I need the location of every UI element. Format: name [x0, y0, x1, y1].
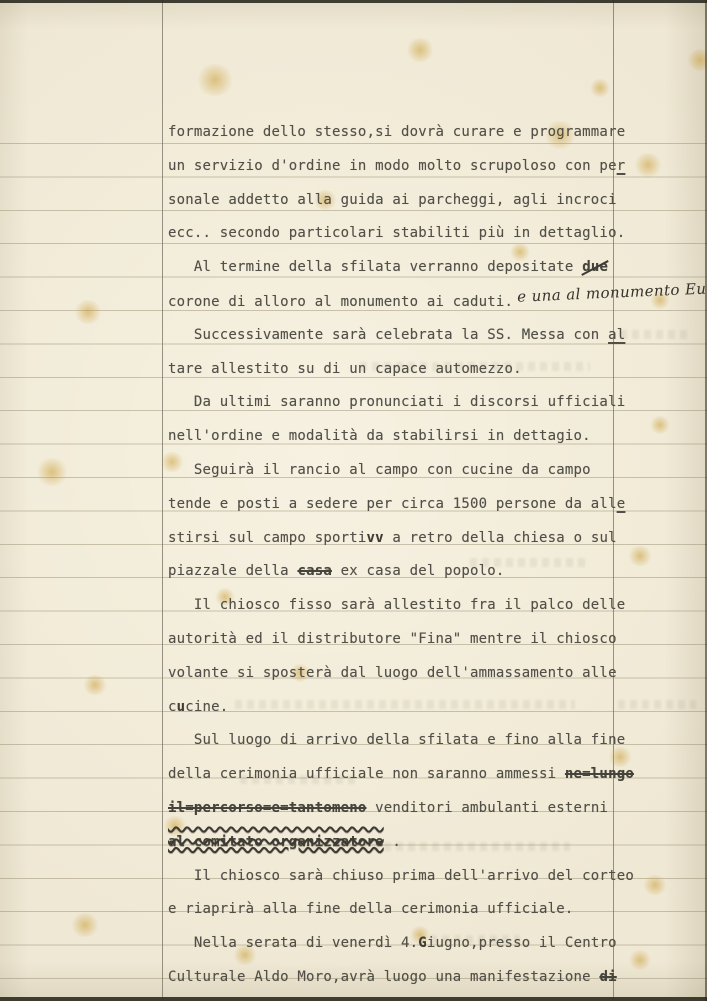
- text-segment: Successivamente sarà celebrata la SS. Me…: [168, 327, 608, 343]
- text-segment: r: [617, 158, 626, 174]
- text-segment: autorità ed il distributore "Fina" mentr…: [168, 631, 617, 647]
- text-segment: casa: [297, 563, 332, 579]
- text-segment: venditori ambulanti esterni: [366, 800, 608, 816]
- typed-line: autorità ed il distributore "Fina" mentr…: [168, 623, 707, 657]
- text-segment: e riaprirà alla fine della cerimonia uff…: [168, 901, 574, 917]
- text-segment: vv: [366, 530, 383, 546]
- typed-line: Nella serata di venerdì 4.Giugno,presso …: [168, 927, 707, 961]
- text-segment: Culturale Aldo Moro,avrà luogo una manif…: [168, 969, 599, 985]
- typed-line: Sul luogo di arrivo della sfilata e fino…: [168, 724, 707, 758]
- text-segment: Sul luogo di arrivo della sfilata e fino…: [168, 732, 625, 748]
- text-segment: al comitato organizzatore: [168, 834, 384, 850]
- text-segment: Seguirà il rancio al campo con cucine da…: [168, 462, 591, 478]
- text-segment: c: [168, 699, 177, 715]
- text-segment: u: [177, 699, 186, 715]
- text-segment: e: [617, 496, 626, 512]
- typed-line: e riaprirà alla fine della cerimonia uff…: [168, 893, 707, 927]
- text-segment: Da ultimi saranno pronunciati i discorsi…: [168, 394, 625, 410]
- text-segment: stirsi sul campo sporti: [168, 530, 366, 546]
- text-segment: cine.: [185, 699, 228, 715]
- typed-line: tare allestito su di un capace automezzo…: [168, 353, 707, 387]
- paper-stain: [589, 79, 611, 97]
- typed-line: volante si sposterà dal luogo dell'ammas…: [168, 657, 707, 691]
- left-margin-rule: [162, 0, 163, 1001]
- typed-line: Seguirà il rancio al campo con cucine da…: [168, 454, 707, 488]
- typed-line: tende e posti a sedere per circa 1500 pe…: [168, 488, 707, 522]
- paper-stain: [405, 38, 435, 62]
- text-segment: sonale addetto alla guida ai parcheggi, …: [168, 192, 617, 208]
- text-segment: della cerimonia ufficiale non saranno am…: [168, 766, 565, 782]
- paper-stain: [73, 300, 103, 324]
- text-segment: al: [608, 327, 625, 343]
- typed-line: Successivamente sarà celebrata la SS. Me…: [168, 319, 707, 353]
- paper-stain: [686, 49, 707, 71]
- scan-edge-bottom: [0, 997, 707, 1001]
- typed-line: al comitato organizzatore .: [168, 826, 707, 860]
- text-segment: iugno,presso il Centro: [427, 935, 617, 951]
- text-segment: di: [599, 969, 616, 985]
- typed-text-block: formazione dello stesso,si dovrà curare …: [168, 116, 707, 995]
- typed-line: Culturale Aldo Moro,avrà luogo una manif…: [168, 961, 707, 995]
- typed-line: il=percorso=e=tantomeno venditori ambula…: [168, 792, 707, 826]
- typed-line: ecc.. secondo particolari stabiliti più …: [168, 217, 707, 251]
- text-segment: piazzale della: [168, 563, 297, 579]
- paper-stain: [82, 675, 108, 696]
- typed-line: un servizio d'ordine in modo molto scrup…: [168, 150, 707, 184]
- text-segment: Il chiosco fisso sarà allestito fra il p…: [168, 597, 625, 613]
- typed-line: Da ultimi saranno pronunciati i discorsi…: [168, 386, 707, 420]
- typed-line: della cerimonia ufficiale non saranno am…: [168, 758, 707, 792]
- text-segment: .: [384, 834, 401, 850]
- text-segment: il=percorso=e=tantomeno: [168, 800, 366, 816]
- text-segment: formazione dello stesso,si dovrà curare …: [168, 124, 625, 140]
- typed-line: piazzale della casa ex casa del popolo.: [168, 555, 707, 589]
- text-segment: tare allestito su di un capace automezzo…: [168, 361, 522, 377]
- text-segment: volante si sposterà dal luogo dell'ammas…: [168, 665, 617, 681]
- scan-edge-top: [0, 0, 707, 3]
- text-segment: a retro della chiesa o sul: [384, 530, 617, 546]
- text-segment: tende e posti a sedere per circa 1500 pe…: [168, 496, 617, 512]
- text-segment: ne=lungo: [565, 766, 634, 782]
- paper-stain: [35, 458, 69, 485]
- text-segment: ex casa del popolo.: [332, 563, 505, 579]
- paper-stain: [70, 913, 100, 937]
- text-segment: Il chiosco sarà chiuso prima dell'arrivo…: [168, 868, 634, 884]
- typed-line: cucine.: [168, 691, 707, 725]
- text-segment: un servizio d'ordine in modo molto scrup…: [168, 158, 617, 174]
- text-segment: ecc.. secondo particolari stabiliti più …: [168, 225, 625, 241]
- typed-line: Il chiosco fisso sarà allestito fra il p…: [168, 589, 707, 623]
- typed-line: sonale addetto alla guida ai parcheggi, …: [168, 184, 707, 218]
- typed-line: corone di alloro al monumento ai caduti.…: [168, 285, 707, 319]
- typed-line: formazione dello stesso,si dovrà curare …: [168, 116, 707, 150]
- paper-stain: [195, 64, 235, 96]
- text-segment: corone di alloro al monumento ai caduti.: [168, 294, 513, 310]
- text-segment: G: [418, 935, 427, 951]
- text-segment: nell'ordine e modalità da stabilirsi in …: [168, 428, 591, 444]
- text-segment: Al termine della sfilata verranno deposi…: [168, 259, 582, 275]
- typed-line: Il chiosco sarà chiuso prima dell'arrivo…: [168, 860, 707, 894]
- text-segment: Nella serata di venerdì 4.: [168, 935, 418, 951]
- typed-line: stirsi sul campo sportivv a retro della …: [168, 522, 707, 556]
- typed-line: nell'ordine e modalità da stabilirsi in …: [168, 420, 707, 454]
